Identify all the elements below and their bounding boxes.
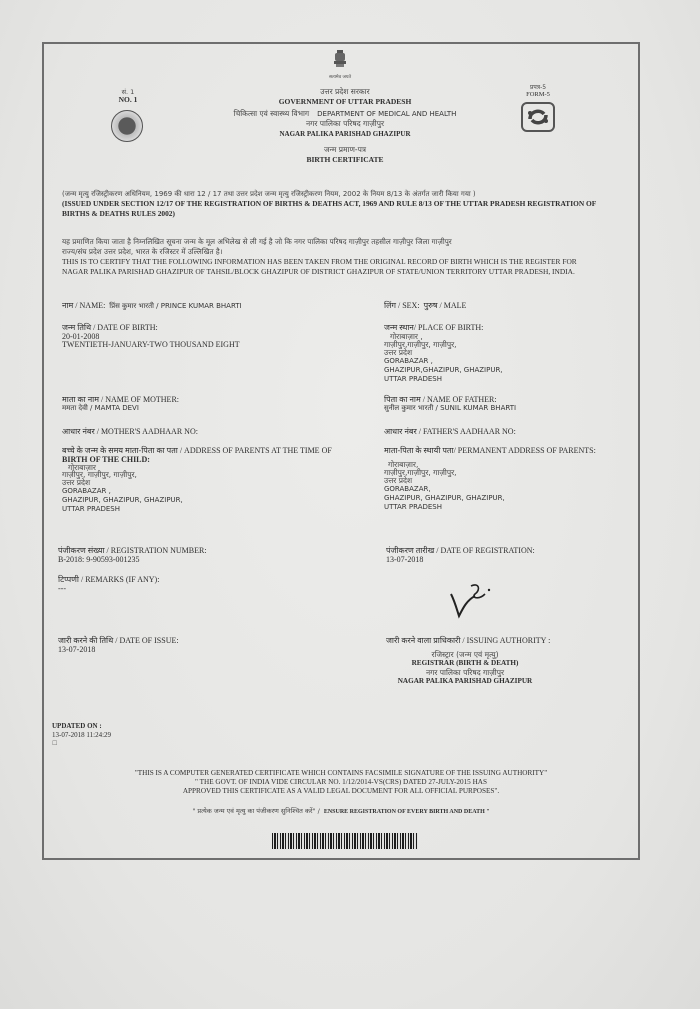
registration-date-field: पंजीकरण तारीख / DATE OF REGISTRATION: 13… [386, 546, 535, 564]
body-hi: नगर पालिका परिषद गाज़ीपुर [180, 119, 510, 129]
issuing-authority-field: जारी करने वाला प्राधिकारी / ISSUING AUTH… [386, 636, 550, 645]
footer-line-1: "THIS IS A COMPUTER GENERATED CERTIFICAT… [42, 769, 640, 778]
address-line: उत्तर प्रदेश [384, 477, 596, 485]
address-at-birth-field: बच्चे के जन्म के समय माता-पिता का पता / … [62, 446, 332, 514]
address-line: GHAZIPUR, GHAZIPUR, GHAZIPUR, [384, 494, 596, 503]
name-field: नाम / NAME: प्रिंस कुमार भारती / PRINCE … [62, 299, 242, 311]
registrar-block: रजिस्ट्रार (जन्म एवं मृत्यु) REGISTRAR (… [380, 650, 550, 686]
slogan-line: " प्रत्येक जन्म एवं मृत्यु का पंजीकरण सु… [42, 804, 640, 817]
address-line: UTTAR PRADESH [62, 505, 332, 514]
father-aadhaar-field: आधार नंबर / FATHER'S AADHAAR NO: [384, 421, 516, 439]
registrar-line: NAGAR PALIKA PARISHAD GHAZIPUR [380, 677, 550, 686]
mother-aadhaar-field: आधार नंबर / MOTHER'S AADHAAR NO: [62, 421, 198, 439]
govt-en: GOVERNMENT OF UTTAR PRADESH [180, 97, 510, 107]
govt-hi: उत्तर प्रदेश सरकार [180, 87, 510, 97]
crs-swirl-icon [526, 107, 550, 127]
slogan-en: ENSURE REGISTRATION OF EVERY BIRTH AND D… [324, 809, 490, 815]
pob-line: UTTAR PRADESH [384, 375, 503, 384]
mother-aadhaar-label: आधार नंबर / MOTHER'S AADHAAR NO: [62, 427, 198, 436]
certify-en-2: NAGAR PALIKA PARISHAD GHAZIPUR OF TAHSIL… [62, 267, 637, 277]
address-at-birth-label-2: BIRTH OF THE CHILD: [62, 455, 332, 464]
signature-icon [445, 580, 505, 620]
certificate-title: BIRTH CERTIFICATE [180, 155, 510, 165]
dob-field: जन्म तिथि / DATE OF BIRTH: 20-01-2008 TW… [62, 323, 240, 349]
updated-on-label: UPDATED ON : [52, 722, 111, 731]
updated-mark: ☐ [52, 740, 111, 749]
dept-line: चिकित्सा एवं स्वास्थ्य विभाग DEPARTMENT … [180, 107, 510, 119]
address-line: GHAZIPUR, GHAZIPUR, GHAZIPUR, [62, 496, 332, 505]
issue-date-label: जारी करने की तिथि / DATE OF ISSUE: [58, 636, 179, 645]
registration-date-label: पंजीकरण तारीख / DATE OF REGISTRATION: [386, 546, 535, 555]
header-titles: उत्तर प्रदेश सरकार GOVERNMENT OF UTTAR P… [180, 87, 510, 165]
national-emblem: सत्यमेव जयते [320, 48, 360, 80]
form-en: FORM-5 [510, 91, 566, 98]
footer-notes: "THIS IS A COMPUTER GENERATED CERTIFICAT… [42, 769, 640, 817]
serial-en: NO. 1 [108, 96, 148, 104]
permanent-address-label: माता-पिता के स्थायी पता/ PERMANENT ADDRE… [384, 446, 596, 455]
father-label: पिता का नाम / NAME OF FATHER: [384, 395, 516, 404]
updated-on-value: 13-07-2018 11:24:29 [52, 731, 111, 740]
address-line: उत्तर प्रदेश [62, 479, 332, 487]
sex-value: पुरुष / MALE [424, 301, 467, 310]
body-en: NAGAR PALIKA PARISHAD GHAZIPUR [180, 129, 510, 139]
issue-date-value: 13-07-2018 [58, 645, 179, 654]
dept-en: DEPARTMENT OF MEDICAL AND HEALTH [317, 110, 456, 118]
dept-hi: चिकित्सा एवं स्वास्थ्य विभाग [234, 109, 310, 118]
crs-logo [521, 102, 555, 132]
ashoka-emblem-icon [331, 48, 349, 70]
registration-number-field: पंजीकरण संख्या / REGISTRATION NUMBER: B-… [58, 546, 207, 564]
certify-hi-2: राज्य/संघ प्रदेश उत्तर प्रदेश, भारत के र… [62, 247, 637, 257]
address-line: UTTAR PRADESH [384, 503, 596, 512]
barcode [272, 833, 418, 849]
updated-on-block: UPDATED ON : 13-07-2018 11:24:29 ☐ [52, 722, 111, 749]
name-value: प्रिंस कुमार भारती / PRINCE KUMAR BHARTI [109, 302, 241, 310]
issued-under-block: (जन्म मृत्यु रजिस्ट्रीकरण अधिनियम, 1969 … [62, 189, 637, 219]
issuing-authority-label: जारी करने वाला प्राधिकारी / ISSUING AUTH… [386, 636, 550, 645]
sex-label: लिंग / SEX: [384, 301, 420, 310]
address-line: गाज़ीपुर, गाज़ीपुर, गाज़ीपुर, [62, 471, 332, 479]
form-hi: प्रपत्र-5 [510, 84, 566, 91]
footer-line-2: " THE GOVT. OF INDIA VIDE CIRCULAR NO. 1… [42, 778, 640, 787]
up-govt-seal-icon [111, 110, 143, 142]
address-line: GORABAZAR, [384, 485, 596, 494]
title-hi: जन्म प्रमाण-पत्र [180, 145, 510, 155]
mother-value: ममता देवी / MAMTA DEVI [62, 404, 179, 413]
pob-line: उत्तर प्रदेश [384, 349, 503, 357]
address-line: GORABAZAR , [62, 487, 332, 496]
issued-under-en-2: BIRTHS & DEATHS RULES 2002) [62, 209, 637, 219]
sex-field: लिंग / SEX: पुरुष / MALE [384, 299, 466, 311]
father-aadhaar-label: आधार नंबर / FATHER'S AADHAAR NO: [384, 427, 516, 436]
certify-hi-1: यह प्रमाणित किया जाता है निम्नलिखित सूचन… [62, 237, 637, 247]
form-number-block: प्रपत्र-5 FORM-5 [510, 84, 566, 98]
registration-number-label: पंजीकरण संख्या / REGISTRATION NUMBER: [58, 546, 207, 555]
dob-words: TWENTIETH-JANUARY-TWO THOUSAND EIGHT [62, 341, 240, 349]
certify-block: यह प्रमाणित किया जाता है निम्नलिखित सूचन… [62, 237, 637, 277]
footer-line-3: APPROVED THIS CERTIFICATE AS A VALID LEG… [42, 787, 640, 796]
issue-date-field: जारी करने की तिथि / DATE OF ISSUE: 13-07… [58, 636, 179, 654]
name-label: नाम / NAME: [62, 301, 105, 310]
mother-field: माता का नाम / NAME OF MOTHER: ममता देवी … [62, 395, 179, 413]
registration-date-value: 13-07-2018 [386, 555, 535, 564]
permanent-address-field: माता-पिता के स्थायी पता/ PERMANENT ADDRE… [384, 446, 596, 512]
issued-under-en-1: (ISSUED UNDER SECTION 12/17 OF THE REGIS… [62, 199, 637, 209]
registrar-line: रजिस्ट्रार (जन्म एवं मृत्यु) [380, 650, 550, 659]
mother-label: माता का नाम / NAME OF MOTHER: [62, 395, 179, 404]
remarks-field: टिप्पणी / REMARKS (IF ANY): --- [58, 575, 159, 593]
emblem-caption: सत्यमेव जयते [320, 75, 360, 80]
address-at-birth-label-1: बच्चे के जन्म के समय माता-पिता का पता / … [62, 446, 332, 455]
address-line: गाज़ीपुर,गाज़ीपुर, गाज़ीपुर, [384, 469, 596, 477]
pob-line: GHAZIPUR,GHAZIPUR, GHAZIPUR, [384, 366, 503, 375]
pob-field: जन्म स्थान/ PLACE OF BIRTH: गोराबाज़ार ,… [384, 323, 503, 384]
registration-number-value: B-2018: 9-90593-001235 [58, 555, 207, 564]
slogan-hi: " प्रत्येक जन्म एवं मृत्यु का पंजीकरण सु… [192, 807, 319, 815]
father-field: पिता का नाम / NAME OF FATHER: सुनील कुमा… [384, 395, 516, 413]
father-value: सुनील कुमार भारती / SUNIL KUMAR BHARTI [384, 404, 516, 413]
certify-en-1: THIS IS TO CERTIFY THAT THE FOLLOWING IN… [62, 257, 637, 267]
issued-under-hi: (जन्म मृत्यु रजिस्ट्रीकरण अधिनियम, 1969 … [62, 189, 637, 199]
registrar-line: REGISTRAR (BIRTH & DEATH) [380, 659, 550, 668]
remarks-label: टिप्पणी / REMARKS (IF ANY): [58, 575, 159, 584]
pob-line: GORABAZAR , [384, 357, 503, 366]
registrar-line: नगर पालिका परिषद गाज़ीपुर [380, 668, 550, 677]
remarks-value: --- [58, 584, 159, 593]
serial-number-block: सं. 1 NO. 1 [108, 88, 148, 104]
